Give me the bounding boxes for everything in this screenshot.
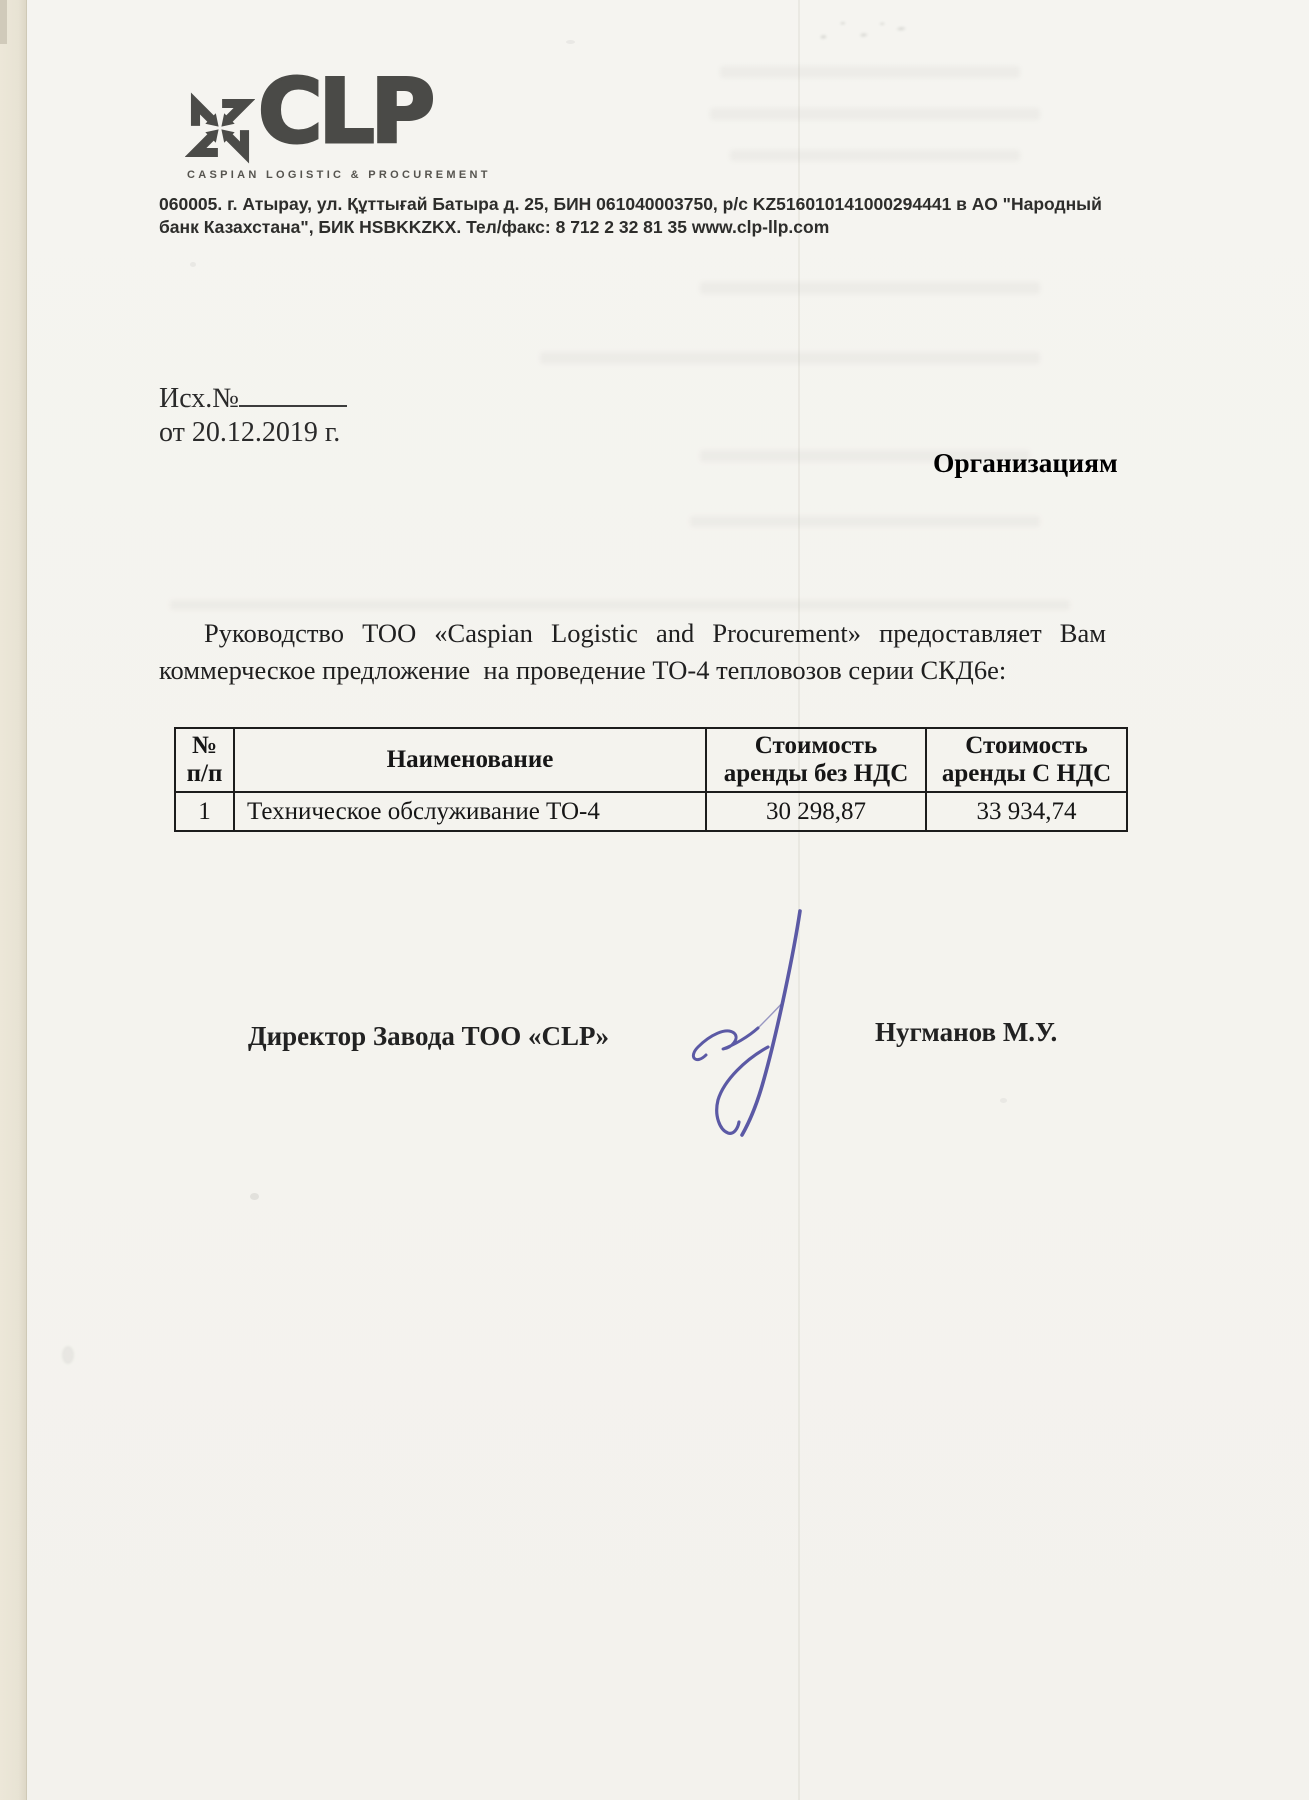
signatory-name: Нугманов М.У. — [875, 1017, 1057, 1048]
converging-arrows-icon — [185, 92, 255, 164]
outgoing-number-line: Исх.№ — [159, 382, 347, 416]
scan-artifact — [710, 108, 1040, 120]
scan-artifact — [720, 66, 1020, 78]
address-line-2: банк Казахстана", БИК HSBKKZKX. Тел/факс… — [159, 216, 1059, 239]
brand-wordmark: CLP — [258, 62, 431, 162]
scan-speck — [566, 40, 575, 44]
table-header-cell: Стоимость аренды без НДС — [706, 728, 926, 792]
table-header-row: № п/п Наименование Стоимость аренды без … — [175, 728, 1127, 792]
scan-artifact — [690, 516, 1040, 527]
signatory-title: Директор Завода ТОО «CLP» — [248, 1021, 609, 1052]
table-cell-name: Техническое обслуживание ТО-4 — [234, 792, 706, 831]
scan-artifact — [170, 600, 1070, 610]
table-row: 1 Техническое обслуживание ТО-4 30 298,8… — [175, 792, 1127, 831]
signature-scribble — [676, 897, 818, 1145]
scan-artifact — [730, 150, 1020, 161]
outgoing-number-label: Исх.№ — [159, 383, 239, 414]
reference-block: Исх.№ от 20.12.2019 г. — [159, 382, 347, 450]
scan-speck — [1000, 1098, 1007, 1103]
table-header-cell: Стоимость аренды С НДС — [926, 728, 1127, 792]
scan-speck — [62, 1346, 74, 1364]
outgoing-number-blank — [239, 383, 347, 407]
address-line-1: 060005. г. Атырау, ул. Құттығай Батыра д… — [159, 193, 1059, 216]
scan-speck — [190, 262, 196, 267]
scan-smudge — [798, 2, 917, 60]
letterhead-address: 060005. г. Атырау, ул. Құттығай Батыра д… — [159, 193, 1059, 238]
addressee-heading: Организациям — [933, 447, 1118, 479]
table-cell-price-vat: 33 934,74 — [926, 792, 1127, 831]
price-table: № п/п Наименование Стоимость аренды без … — [174, 727, 1128, 832]
body-paragraph-line-2: коммерческое предложение на проведение Т… — [159, 655, 1006, 686]
brand-tagline: CASPIAN LOGISTIC & PROCUREMENT — [187, 169, 491, 181]
scanner-corner-artifact — [0, 0, 7, 44]
scan-speck — [250, 1193, 259, 1200]
table-header-cell: № п/п — [175, 728, 234, 792]
date-line: от 20.12.2019 г. — [159, 416, 347, 450]
table-header-cell: Наименование — [234, 728, 706, 792]
table-cell-number: 1 — [175, 792, 234, 831]
body-paragraph-line-1: Руководство ТОО «Caspian Logistic and Pr… — [204, 618, 1106, 649]
scanned-letter-page: CLP CASPIAN LOGISTIC & PROCUREMENT 06000… — [0, 0, 1309, 1800]
table-cell-price-no-vat: 30 298,87 — [706, 792, 926, 831]
scanner-edge-strip — [0, 0, 27, 1800]
scan-artifact — [540, 352, 1040, 364]
scan-artifact — [700, 282, 1040, 294]
